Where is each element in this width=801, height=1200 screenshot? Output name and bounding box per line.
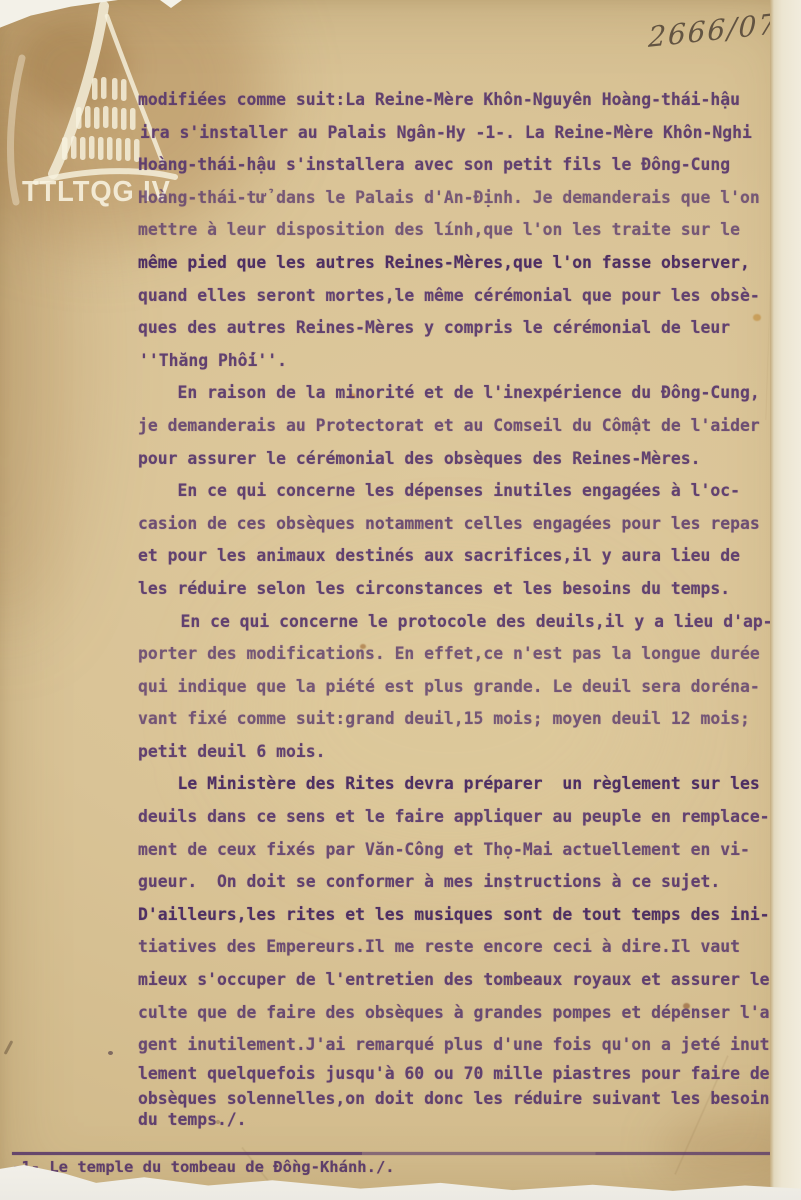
paper-speck bbox=[108, 1051, 113, 1055]
text-line: gueur. On doit se conformer à mes instru… bbox=[138, 866, 798, 899]
text-line: quand elles seront mortes,le même cérémo… bbox=[138, 280, 798, 313]
text-line: qui indique que la piété est plus grande… bbox=[138, 671, 798, 704]
text-line: En ce qui concerne les dépenses inutiles… bbox=[138, 475, 798, 508]
text-line: les réduire selon les circonstances et l… bbox=[138, 573, 798, 606]
text-line: ques des autres Reines-Mères y compris l… bbox=[138, 312, 798, 345]
text-line: modifiées comme suit:La Reine-Mère Khôn-… bbox=[138, 84, 798, 117]
text-line: mettre à leur disposition des lính,que l… bbox=[138, 214, 798, 247]
torn-paper-notch bbox=[160, 0, 182, 8]
text-line: porter des modifications. En effet,ce n'… bbox=[138, 638, 798, 671]
text-line: du temps./. bbox=[138, 1104, 798, 1137]
paper-stain bbox=[18, 18, 128, 113]
text-line: casion de ces obsèques notamment celles … bbox=[138, 508, 798, 541]
document-page: TTLTQG IV 2666/07 modifiées comme suit:L… bbox=[0, 0, 801, 1200]
text-line: Hoàng-thái-hậu s'installera avec son pet… bbox=[138, 149, 798, 182]
text-line: ''Thăng Phối''. bbox=[138, 345, 798, 378]
text-line: culte que de faire des obsèques à grande… bbox=[138, 997, 798, 1030]
text-line: ira s'installer au Palais Ngân-Hy -1-. L… bbox=[138, 117, 798, 150]
handwritten-reference-number: 2666/07 bbox=[648, 7, 779, 54]
paper-stain bbox=[0, 90, 80, 630]
text-line: petit deuil 6 mois. bbox=[138, 736, 798, 769]
torn-paper-edge-top-left bbox=[0, 0, 118, 30]
text-line: pour assurer le cérémonial des obsèques … bbox=[138, 443, 798, 476]
pencil-tick-mark bbox=[4, 1040, 14, 1055]
text-line: je demanderais au Protectorat et au Coms… bbox=[138, 410, 798, 443]
footnote-text: -1- Le temple du tombeau de Đồng-Khánh./… bbox=[12, 1158, 395, 1176]
text-line: vant fixé comme suit:grand deuil,15 mois… bbox=[138, 703, 798, 736]
text-line: En raison de la minorité et de l'inexpér… bbox=[138, 377, 798, 410]
text-line: même pied que les autres Reines-Mères,qu… bbox=[138, 247, 798, 280]
text-line: ment de ceux fixés par Văn-Công et Thọ-M… bbox=[138, 834, 798, 867]
document-body: modifiées comme suit:La Reine-Mère Khôn-… bbox=[138, 84, 798, 1137]
text-line: tiatives des Empereurs.Il me reste encor… bbox=[138, 931, 798, 964]
text-line: Hoàng-thái-tử dans le Palais d'An-Định. … bbox=[138, 182, 798, 215]
text-line: D'ailleurs,les rites et les musiques son… bbox=[138, 899, 798, 932]
text-line: En ce qui concerne le protocole des deui… bbox=[138, 606, 798, 639]
text-line: Le Ministère des Rites devra préparer un… bbox=[138, 768, 798, 801]
text-line: mieux s'occuper de l'entretien des tombe… bbox=[138, 964, 798, 997]
text-line: deuils dans ce sens et le faire applique… bbox=[138, 801, 798, 834]
text-line: et pour les animaux destinés aux sacrifi… bbox=[138, 540, 798, 573]
footnote-rule bbox=[12, 1152, 790, 1155]
